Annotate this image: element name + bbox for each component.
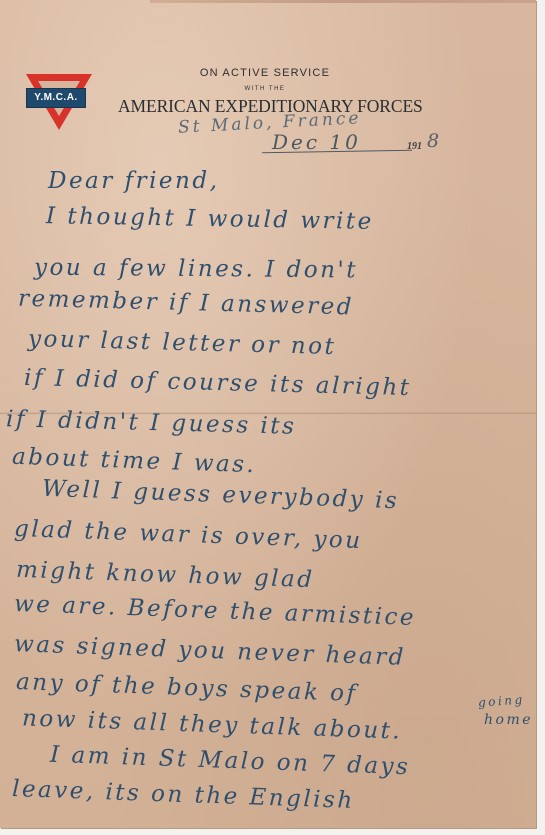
body-line: might know how glad bbox=[16, 557, 315, 593]
body-line: now its all they talk about. bbox=[22, 705, 403, 744]
body-line: I thought I would write bbox=[46, 203, 374, 235]
body-line: was signed you never heard bbox=[14, 631, 407, 671]
handwritten-year-digit: 8 bbox=[427, 130, 442, 152]
insertion-going: going bbox=[478, 692, 526, 709]
letterhead-with-the: WITH THE bbox=[160, 86, 370, 92]
body-line: I am in St Malo on 7 days bbox=[50, 742, 411, 781]
body-line: leave, its on the English bbox=[12, 776, 355, 814]
body-line: remember if I answered bbox=[18, 286, 355, 321]
body-line: you a few lines. I don't bbox=[34, 255, 358, 284]
body-line: about time I was. bbox=[12, 444, 257, 479]
salutation: Dear friend, bbox=[48, 168, 219, 194]
body-line: any of the boys speak of bbox=[16, 669, 358, 707]
body-line: we are. Before the armistice bbox=[14, 591, 417, 631]
letter-paper: Y.M.C.A. ON ACTIVE SERVICE WITH THE AMER… bbox=[0, 0, 536, 828]
body-line: glad the war is over, you bbox=[14, 516, 363, 554]
letterhead-active-service: ON ACTIVE SERVICE bbox=[160, 67, 370, 79]
ymca-label: Y.M.C.A. bbox=[26, 88, 86, 108]
body-line: your last letter or not bbox=[28, 326, 337, 360]
insertion-home: home bbox=[484, 712, 533, 728]
body-line: Well I guess everybody is bbox=[42, 476, 400, 514]
printed-year-prefix: 191 bbox=[407, 141, 422, 152]
body-line: if I did of course its alright bbox=[24, 365, 412, 401]
paper-top-edge bbox=[150, 0, 536, 3]
